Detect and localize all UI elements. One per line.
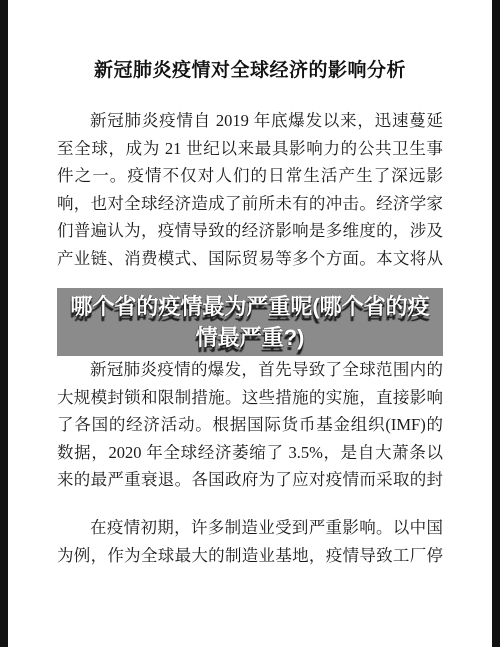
overlay-title-line2: 情最严重?) [196, 322, 305, 353]
impact-paragraph: 新冠肺炎疫情的爆发，首先导致了全球范围内的大规模封锁和限制措施。这些措施的实施，… [57, 356, 443, 494]
document-page: 新冠肺炎疫情对全球经济的影响分析 新冠肺炎疫情自 2019 年底爆发以来，迅速蔓… [0, 0, 500, 647]
article-body: 新冠肺炎疫情对全球经济的影响分析 新冠肺炎疫情自 2019 年底爆发以来，迅速蔓… [8, 0, 492, 647]
intro-paragraph: 新冠肺炎疫情自 2019 年底爆发以来，迅速蔓延至全球，成为 21 世纪以来最具… [57, 107, 443, 272]
overlay-title-banner: 哪个省的疫情最为严重呢(哪个省的疫 情最严重?) [57, 288, 443, 356]
overlay-title-line1: 哪个省的疫情最为严重呢(哪个省的疫 [70, 291, 429, 322]
right-edge-bar [492, 0, 500, 647]
article-title: 新冠肺炎疫情对全球经济的影响分析 [57, 57, 443, 85]
manufacturing-paragraph: 在疫情初期，许多制造业受到严重影响。以中国为例，作为全球最大的制造业基地，疫情导… [57, 514, 443, 572]
left-edge-bar [0, 0, 8, 647]
